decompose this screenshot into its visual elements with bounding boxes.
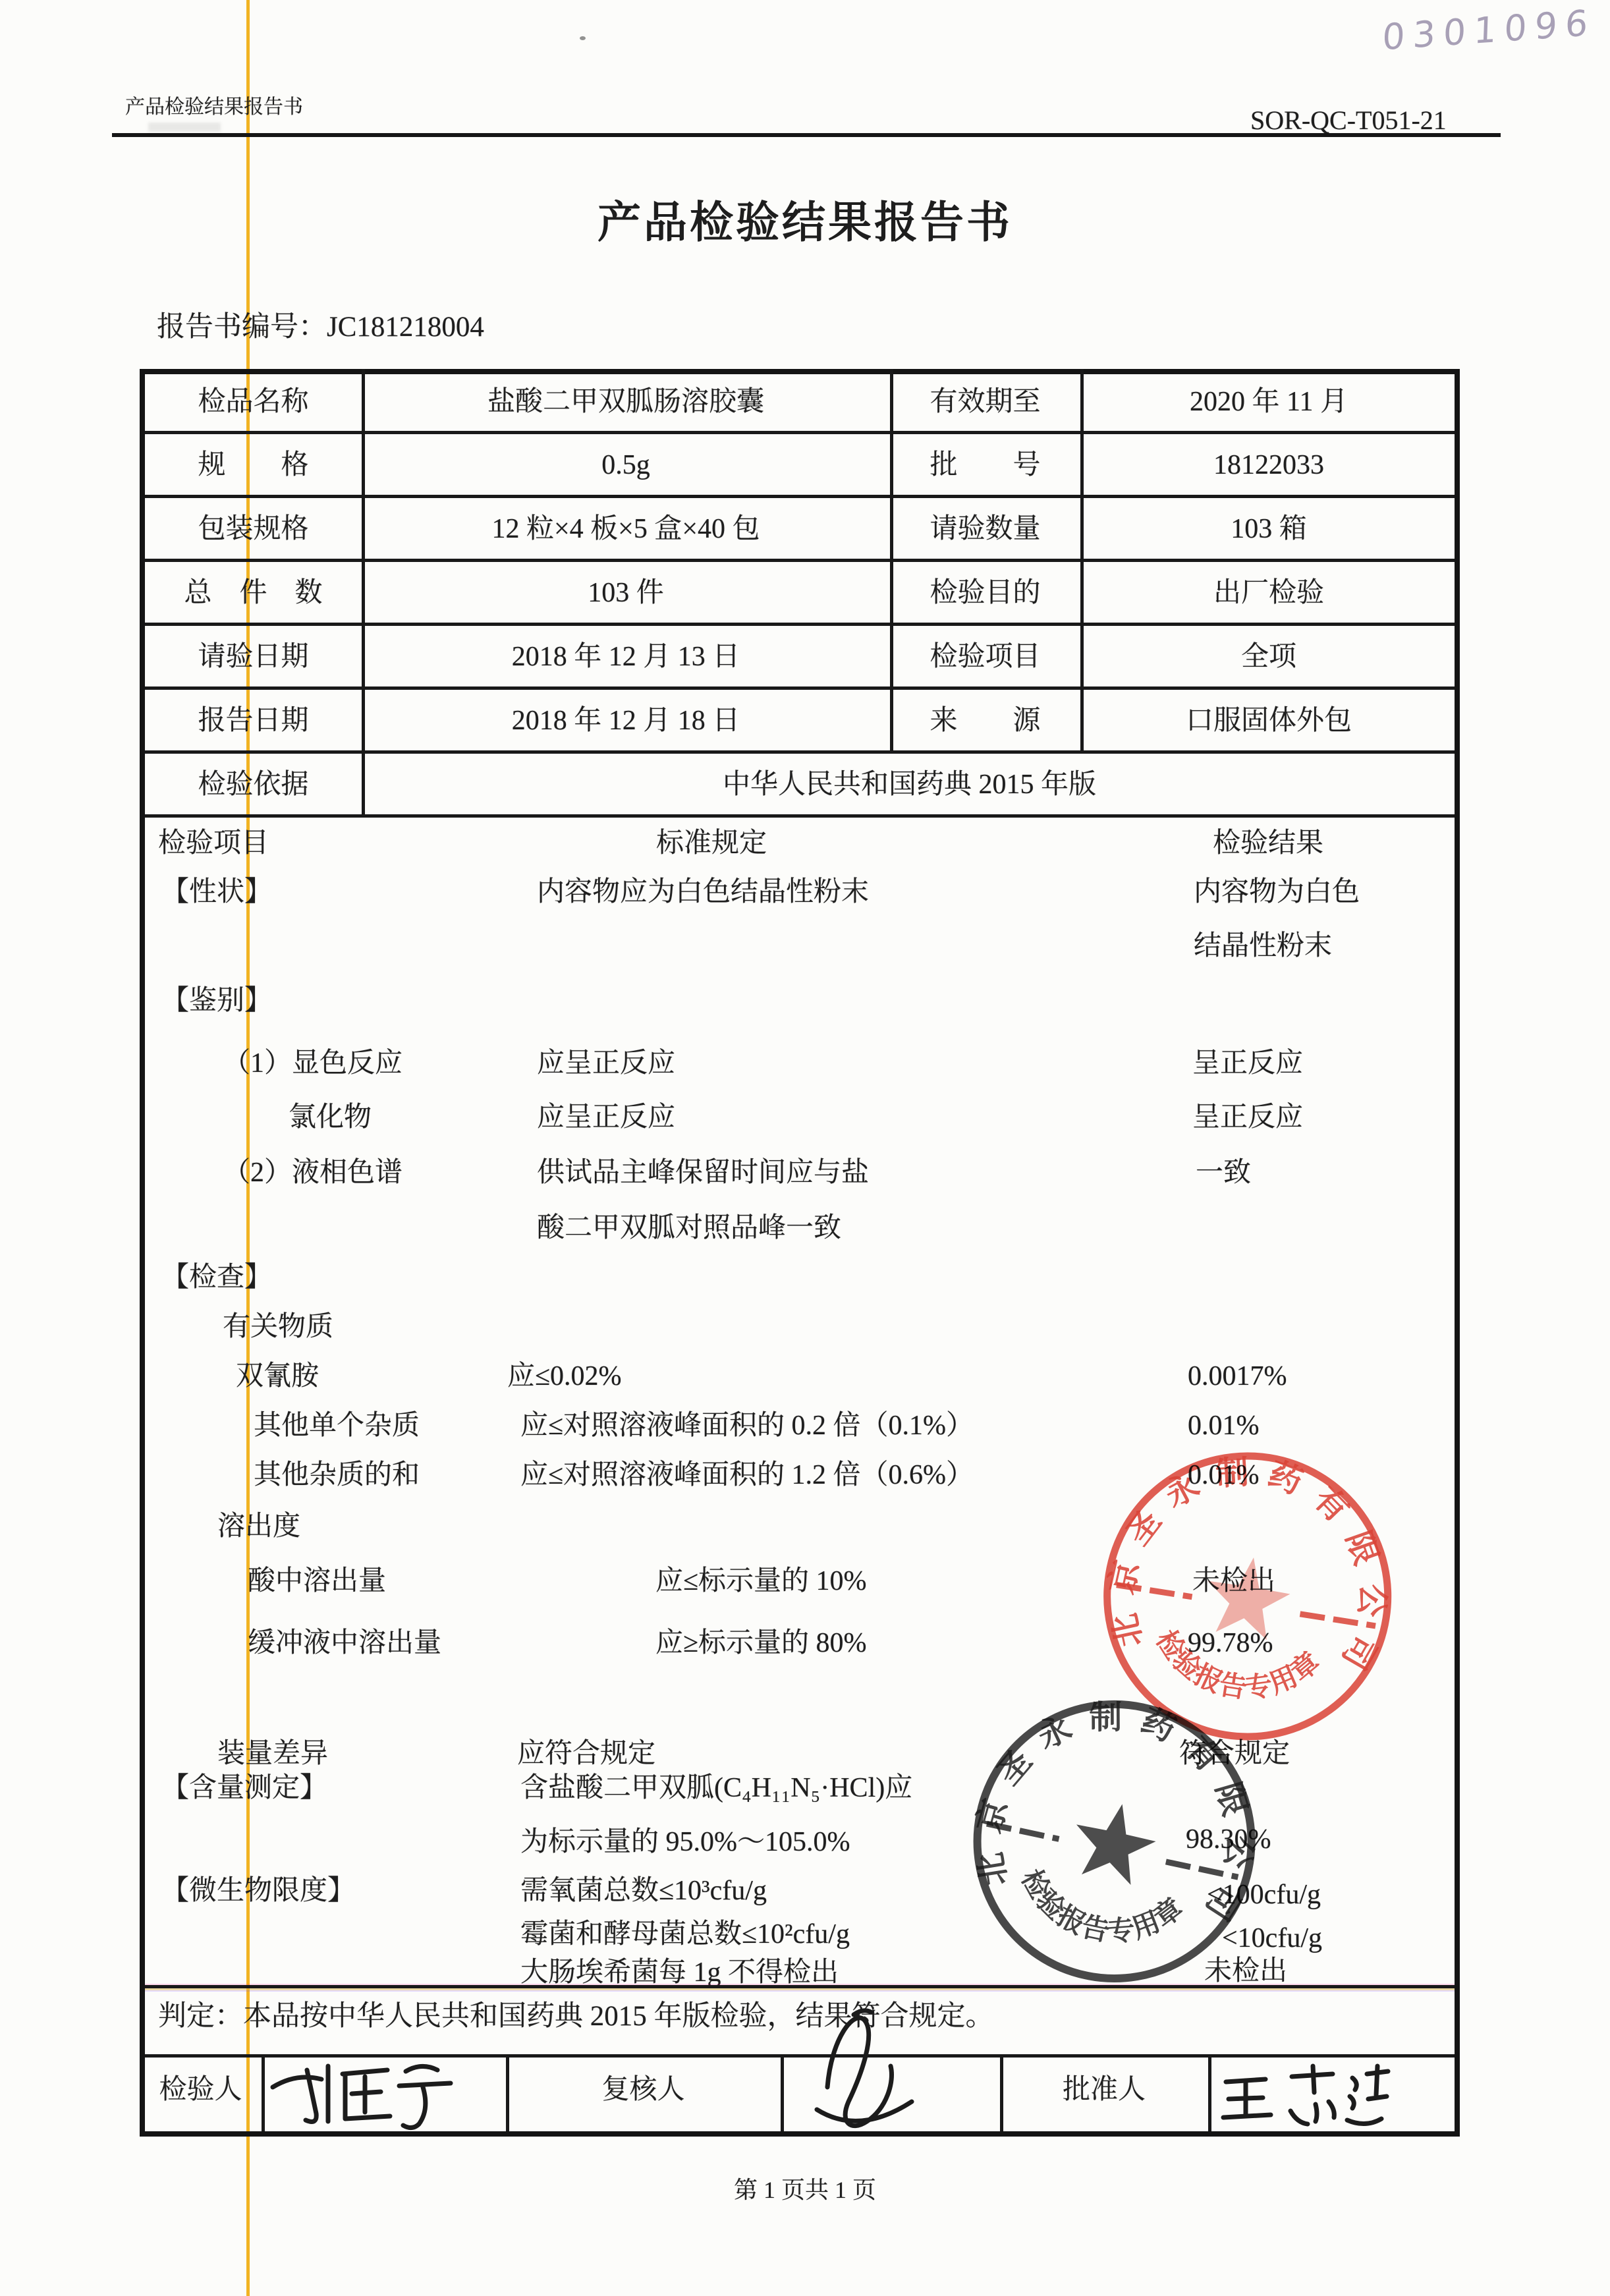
report-number-line: 报告书编号：JC181218004 bbox=[157, 311, 484, 343]
item-result: 呈正反应 bbox=[1192, 1102, 1303, 1133]
item-name: 【性状】 bbox=[161, 876, 272, 908]
reviewer-signature bbox=[791, 2003, 942, 2141]
item-standard: 应符合规定 bbox=[517, 1738, 655, 1770]
item-result: 一致 bbox=[1196, 1157, 1251, 1189]
header-rule bbox=[112, 133, 1501, 137]
col-header-standard: 标准规定 bbox=[656, 827, 767, 859]
info-value: 盐酸二甲双胍肠溶胶囊 bbox=[362, 386, 890, 418]
info-value: 2020 年 11 月 bbox=[1080, 386, 1457, 418]
grid-line bbox=[1208, 2058, 1211, 2131]
grid-line bbox=[145, 750, 1455, 754]
item-result: 结晶性粉末 bbox=[1194, 930, 1332, 962]
item-standard: 酸二甲双胍对照品峰一致 bbox=[537, 1212, 841, 1244]
item-name: 氯化物 bbox=[289, 1102, 372, 1133]
grid-line bbox=[890, 369, 893, 752]
info-label: 检品名称 bbox=[145, 386, 362, 418]
item-name: （2）液相色谱 bbox=[223, 1157, 402, 1189]
info-label: 来 源 bbox=[890, 705, 1080, 737]
info-label: 总 件 数 bbox=[145, 577, 362, 609]
info-label: 请验数量 bbox=[890, 513, 1080, 545]
sig-label-approver: 批准人 bbox=[1000, 2074, 1208, 2106]
item-name: 其他杂质的和 bbox=[254, 1459, 420, 1491]
item-name: 【鉴别】 bbox=[161, 985, 272, 1017]
info-value: 全项 bbox=[1080, 641, 1457, 673]
item-name: 【检查】 bbox=[161, 1262, 272, 1293]
info-value: 出厂检验 bbox=[1080, 577, 1457, 609]
grid-line bbox=[1080, 369, 1084, 752]
item-standard: 应≤标示量的 10% bbox=[655, 1565, 867, 1597]
info-value: 103 箱 bbox=[1080, 513, 1457, 545]
signature-stroke bbox=[827, 2018, 892, 2126]
item-standard: 供试品主峰保留时间应与盐 bbox=[537, 1157, 869, 1189]
item-standard: 应≥标示量的 80% bbox=[655, 1627, 867, 1659]
item-standard: 内容物应为白色结晶性粉末 bbox=[537, 876, 869, 908]
col-header-result: 检验结果 bbox=[1213, 827, 1323, 859]
signature-stroke bbox=[399, 2083, 451, 2086]
grid-line bbox=[145, 495, 1455, 498]
signature-stroke bbox=[1367, 2066, 1388, 2099]
item-name: 【含量测定】 bbox=[161, 1772, 327, 1804]
report-number-label: 报告书编号： bbox=[157, 312, 327, 343]
item-result: 呈正反应 bbox=[1192, 1048, 1303, 1079]
seal-star bbox=[1200, 1551, 1295, 1642]
grid-line bbox=[145, 431, 1455, 434]
item-result: 0.0017% bbox=[1188, 1360, 1287, 1392]
page-title: 产品检验结果报告书 bbox=[0, 187, 1610, 250]
item-standard: 为标示量的 95.0%～105.0% bbox=[520, 1826, 850, 1858]
info-label: 规 格 bbox=[145, 449, 362, 481]
item-standard: 需氧菌总数≤10³cfu/g bbox=[520, 1875, 767, 1907]
signature-stroke bbox=[403, 2087, 426, 2128]
item-standard: 应≤对照溶液峰面积的 0.2 倍（0.1%） bbox=[520, 1410, 974, 1442]
signature-stroke bbox=[854, 2011, 871, 2015]
signature-stroke bbox=[406, 2066, 437, 2071]
item-standard: 应呈正反应 bbox=[537, 1102, 675, 1133]
signature-stroke bbox=[273, 2077, 321, 2087]
item-standard: 应≤0.02% bbox=[507, 1360, 622, 1392]
sig-label-inspector: 检验人 bbox=[140, 2074, 262, 2106]
info-value: 0.5g bbox=[362, 449, 890, 481]
signature-stroke bbox=[345, 2074, 390, 2119]
info-value: 口服固体外包 bbox=[1080, 705, 1457, 737]
item-name: 装量差异 bbox=[217, 1738, 328, 1770]
item-name: 酸中溶出量 bbox=[248, 1565, 386, 1597]
info-value: 2018 年 12 月 18 日 bbox=[362, 705, 890, 737]
info-label: 检验目的 bbox=[890, 577, 1080, 609]
col-header-item: 检验项目 bbox=[158, 827, 269, 859]
info-label: 有效期至 bbox=[890, 386, 1080, 418]
item-name: 其他单个杂质 bbox=[254, 1410, 420, 1442]
report-number-value: JC181218004 bbox=[327, 312, 484, 343]
item-standard: 应呈正反应 bbox=[537, 1048, 675, 1079]
info-label: 检验依据 bbox=[145, 769, 362, 800]
item-name: 溶出度 bbox=[217, 1511, 300, 1542]
grid-line bbox=[145, 1985, 1455, 1988]
signature-stroke bbox=[343, 2070, 387, 2074]
handwritten-corner-number: 0301096 bbox=[1381, 2, 1596, 59]
info-value: 中华人民共和国药典 2015 年版 bbox=[362, 769, 1457, 800]
grid-line bbox=[145, 814, 1455, 818]
grid-line bbox=[145, 686, 1455, 690]
item-result: 内容物为白色 bbox=[1194, 876, 1360, 908]
grid-line bbox=[145, 559, 1455, 562]
item-standard: 霉菌和酵母菌总数≤10²cfu/g bbox=[520, 1918, 850, 1950]
info-label: 检验项目 bbox=[890, 641, 1080, 673]
item-standard: 大肠埃希菌每 1g 不得检出 bbox=[520, 1957, 839, 1988]
info-value: 2018 年 12 月 13 日 bbox=[362, 641, 890, 673]
info-label: 包装规格 bbox=[145, 513, 362, 545]
inspector-signature bbox=[264, 2054, 507, 2140]
item-name: （1）显色反应 bbox=[223, 1048, 402, 1079]
page-footer: 第 1 页共 1 页 bbox=[0, 2177, 1610, 2204]
scanned-report-page: 产品检验结果报告书 SOR-QC-T051-21 0301096 产品检验结果报… bbox=[0, 0, 1610, 2296]
item-name: 双氰胺 bbox=[236, 1360, 319, 1392]
item-name: 有关物质 bbox=[223, 1311, 333, 1343]
info-label: 批 号 bbox=[890, 449, 1080, 481]
info-label: 请验日期 bbox=[145, 641, 362, 673]
grid-line bbox=[781, 2058, 784, 2131]
document-code: SOR-QC-T051-21 bbox=[1250, 105, 1447, 136]
grid-line bbox=[145, 623, 1455, 626]
black-company-seal: 北京圣永制药有限公司 检验报告专用章 bbox=[931, 1656, 1298, 2023]
sig-label-reviewer: 复核人 bbox=[506, 2074, 781, 2106]
approver-signature bbox=[1215, 2061, 1393, 2137]
signature-stroke bbox=[1313, 2066, 1314, 2092]
item-name: 【微生物限度】 bbox=[161, 1875, 355, 1907]
info-value: 103 件 bbox=[362, 577, 890, 609]
scan-smudge bbox=[148, 123, 221, 132]
item-name: 缓冲液中溶出量 bbox=[248, 1627, 441, 1659]
item-standard: 应≤对照溶液峰面积的 1.2 倍（0.6%） bbox=[520, 1459, 974, 1491]
info-value: 12 粒×4 板×5 盒×40 包 bbox=[362, 513, 890, 545]
item-standard: 含盐酸二甲双胍(C₄H₁₁N₅·HCl)应 bbox=[520, 1772, 912, 1804]
seal-star bbox=[1067, 1796, 1162, 1888]
scan-speck bbox=[580, 36, 586, 40]
signature-stroke bbox=[817, 2102, 912, 2121]
info-label: 报告日期 bbox=[145, 705, 362, 737]
info-value: 18122033 bbox=[1080, 449, 1457, 481]
signature-stroke bbox=[1291, 2102, 1334, 2124]
header-left: 产品检验结果报告书 bbox=[125, 96, 303, 119]
